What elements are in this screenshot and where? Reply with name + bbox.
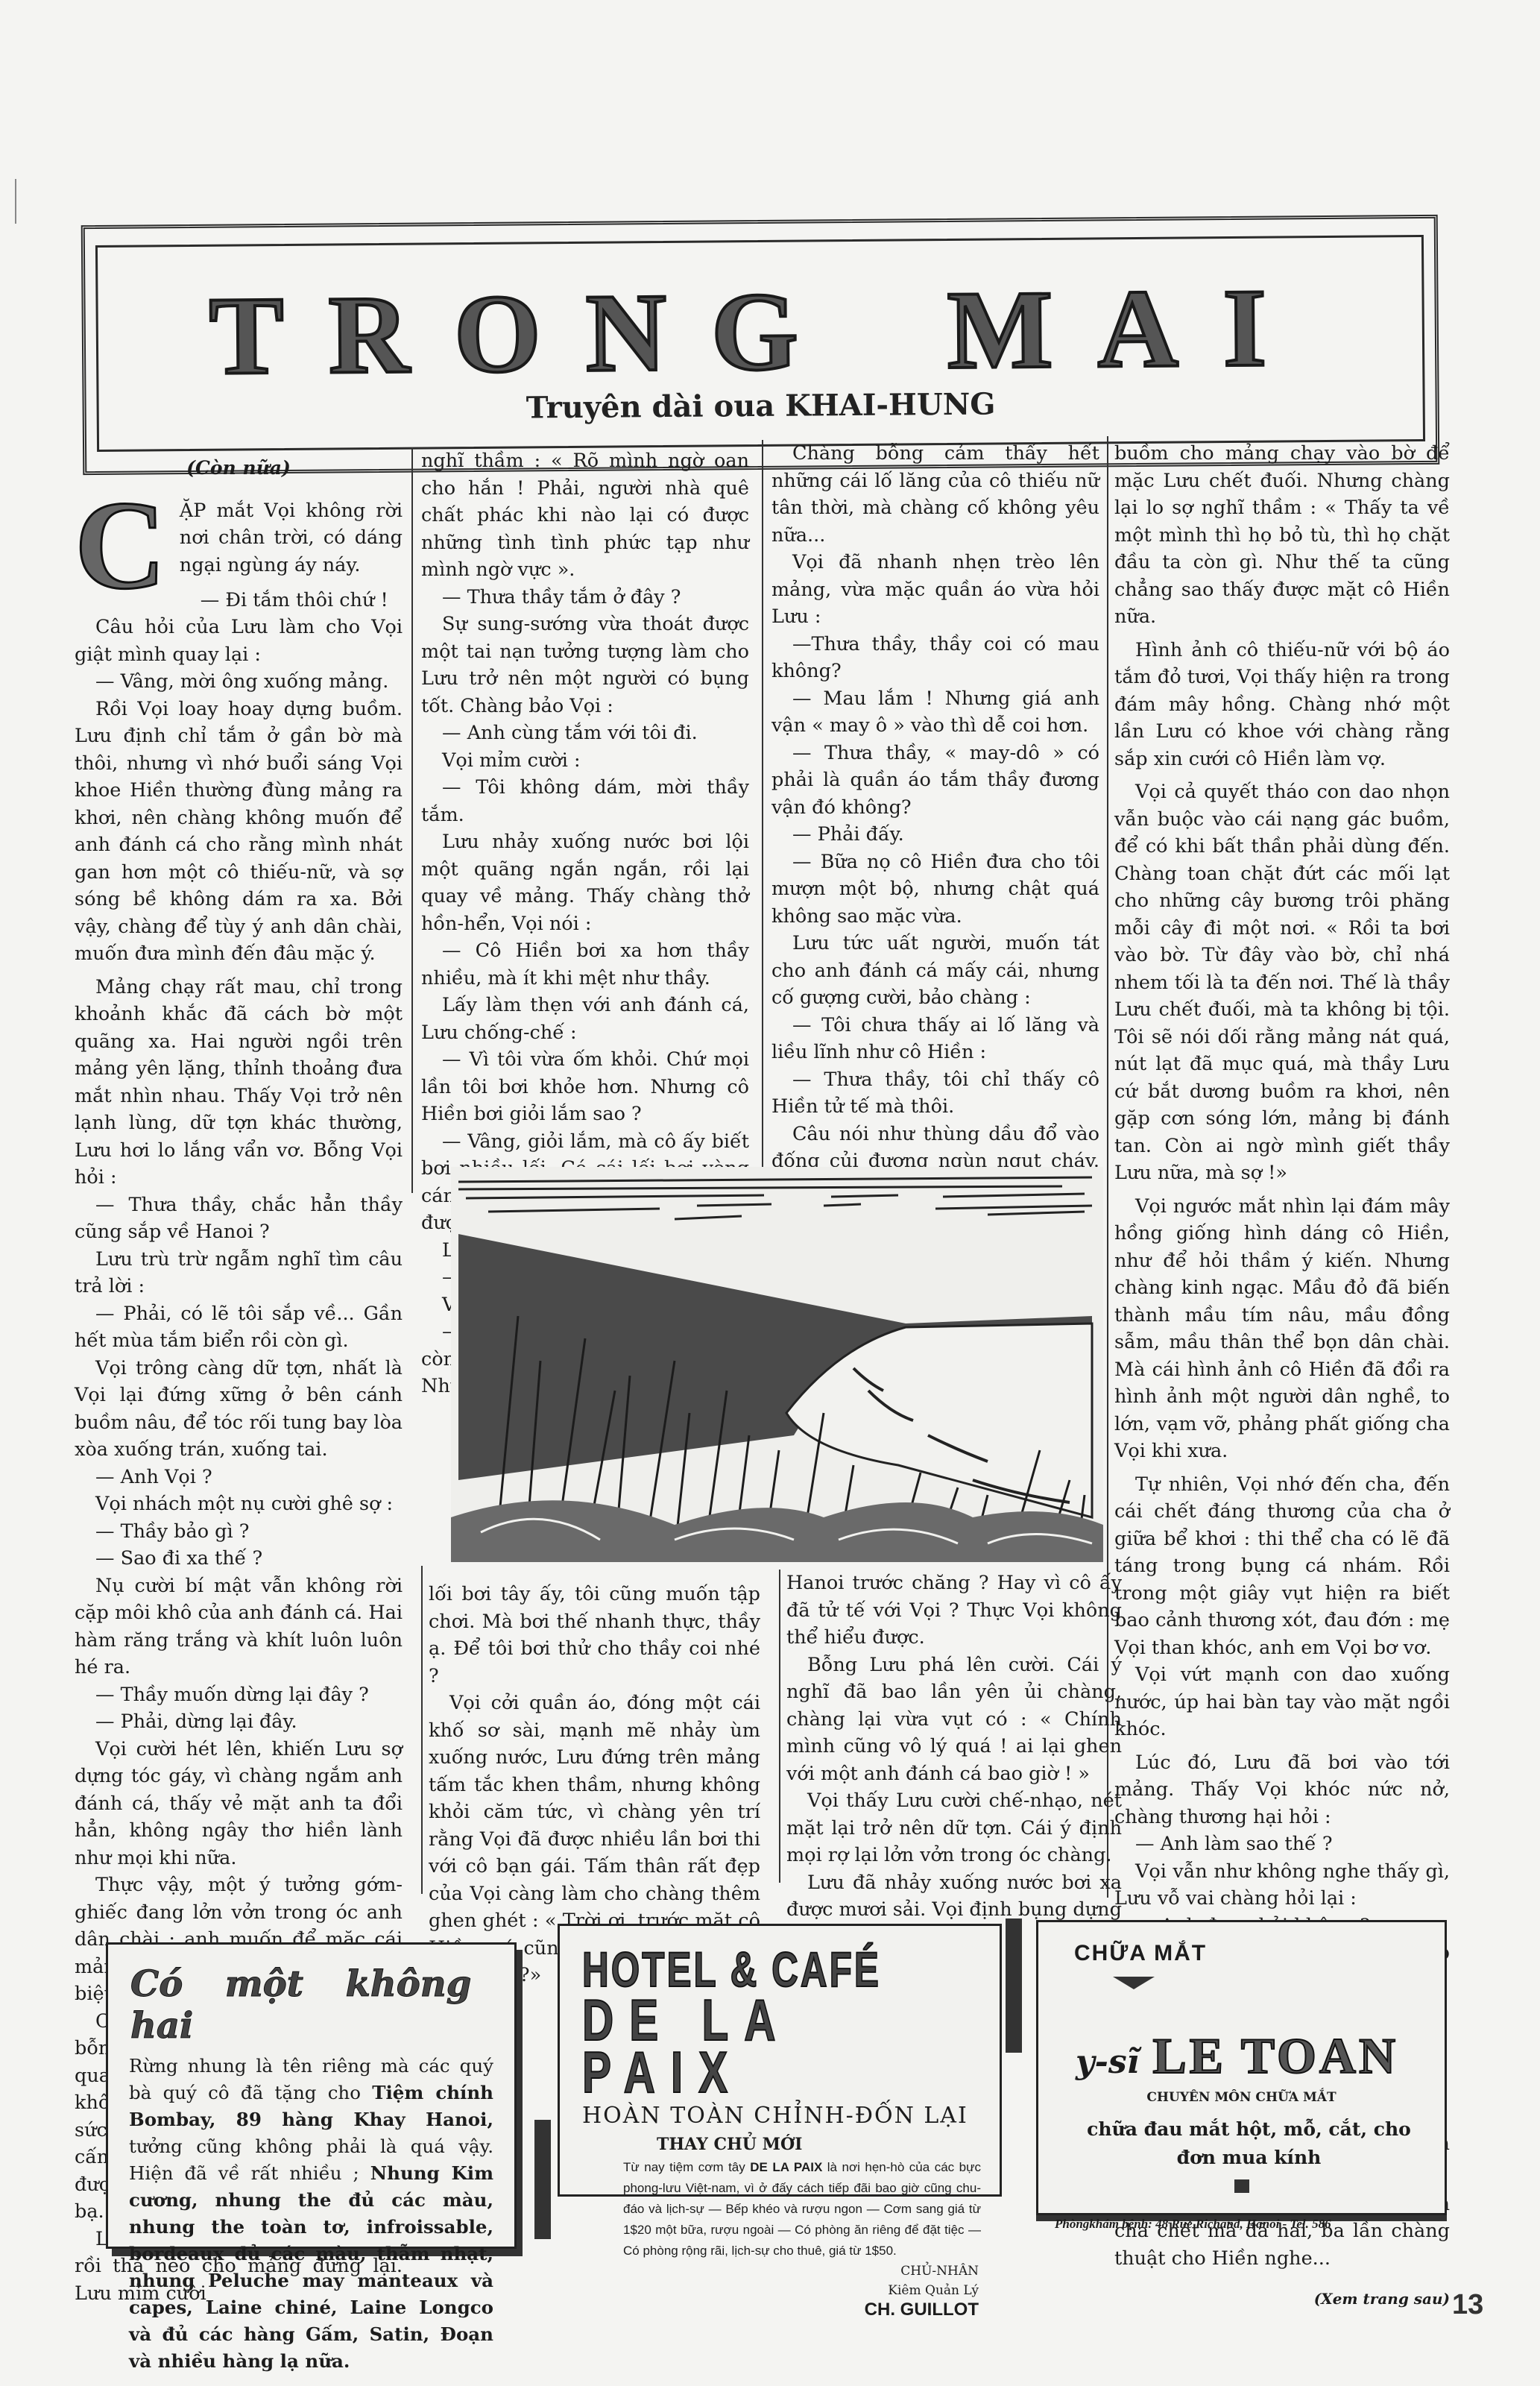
paragraph: Lưu nhảy xuống nước bơi lội một quãng ng… <box>421 828 749 937</box>
paragraph: — Anh làm sao thế ? <box>1114 1831 1450 1858</box>
paragraph: Hanoi trước chăng ? Hay vì cô ấy đã tử t… <box>786 1570 1122 1652</box>
paragraph: Vọi thấy Lưu cười chế-nhạo, nét mặt lại … <box>786 1787 1122 1869</box>
paragraph: Vọi vẫn như không nghe thấy gì, Lưu vỗ v… <box>1114 1858 1450 1913</box>
paragraph: Vọi đã nhanh nhẹn trèo lên mảng, vừa mặc… <box>771 549 1099 631</box>
paragraph: Lấy làm thẹn với anh đánh cá, Lưu chống-… <box>421 992 749 1046</box>
paragraph: Vọi ngước mắt nhìn lại đám mây hồng giốn… <box>1114 1193 1450 1465</box>
ad-bombay-fabrics: Có một không hai Rừng nhung là tên riêng… <box>106 1942 517 2249</box>
paragraph: Vọi nhách một nụ cười ghê sợ : <box>75 1491 403 1518</box>
ad-text: Từ nay tiệm cơm tây <box>623 2160 750 2174</box>
paragraph: — Bữa nọ cô Hiền đưa cho tôi mượn một bộ… <box>771 849 1099 931</box>
paragraph: — Thưa thầy, « may-dô » có phải là quần … <box>771 740 1099 822</box>
column-divider <box>421 1566 423 1894</box>
ad-hotel-cafe-de-la-paix: HOTEL & CAFÉ DE LA PAIX HOÀN TOÀN CHỈNH-… <box>558 1924 1002 2197</box>
paragraph: — Cô Hiền bơi xa hơn thầy nhiều, mà ít k… <box>421 937 749 992</box>
paragraph: — Anh Vọi ? <box>75 1464 403 1491</box>
paragraph: — Tôi chưa thấy ai lố lăng và liều lĩnh … <box>771 1012 1099 1066</box>
paragraph: — Thầy muốn dừng lại đây ? <box>75 1681 403 1709</box>
paragraph: Rồi Vọi loay hoay dựng buồm. Lưu định ch… <box>75 696 403 968</box>
ad-signature: CHỦ-NHÂN Kiêm Quản Lý CH. GUILLOT <box>560 2261 979 2320</box>
ad-heading: CHỮA MẮT <box>1074 1941 1445 1966</box>
paragraph: Hình ảnh cô thiếu-nữ với bộ áo tắm đỏ tư… <box>1114 637 1450 773</box>
paragraph: — Phải đấy. <box>771 821 1099 849</box>
paragraph: Chàng bỗng cảm thấy hết những cái lố lăn… <box>771 440 1099 549</box>
ad-text-bold: Nhung Kim cương, nhung the đủ các màu, n… <box>129 2162 493 2372</box>
title-word-1: TRONG <box>209 269 843 398</box>
woodcut-illustration <box>451 1167 1103 1562</box>
paragraph: Vọi vứt mạnh con dao xuống nước, úp hai … <box>1114 1661 1450 1743</box>
paragraph: nghĩ thầm : « Rõ mình ngờ oan cho hắn ! … <box>421 447 749 584</box>
margin-mark <box>15 179 16 224</box>
paragraph: — Thầy bảo gì ? <box>75 1518 403 1546</box>
paragraph: lối bơi tây ấy, tôi cũng muốn tập chơi. … <box>429 1581 760 1690</box>
paragraph: Lưu trù trừ ngẫm nghĩ tìm câu trả lời : <box>75 1246 403 1300</box>
column-divider <box>779 1570 780 1883</box>
doctor-services: chữa đau mắt hột, mỗ, cắt, cho đơn mua k… <box>1068 2115 1430 2172</box>
paragraph: Vọi mỉm cười : <box>421 747 749 775</box>
paragraph: — Phải, dừng lại đây. <box>75 1708 403 1736</box>
ad-headline: DE LA PAIX <box>582 1994 895 2098</box>
title-word-2: MAI <box>947 265 1312 392</box>
signature-name: CH. GUILLOT <box>560 2300 979 2320</box>
page-number: 13 <box>1452 2289 1483 2321</box>
paragraph: Lúc đó, Lưu đã bơi vào tới mảng. Thấy Vọ… <box>1114 1749 1450 1831</box>
paragraph: buồm cho mảng chạy vào bờ để mặc Lưu chế… <box>1114 440 1450 631</box>
article-column-3-continued: Hanoi trước chăng ? Hay vì cô ấy đã tử t… <box>786 1570 1122 1924</box>
serial-title: TRONGMAI <box>98 271 1422 393</box>
paragraph: — Anh cùng tắm với tôi đi. <box>421 720 749 747</box>
column-divider <box>411 447 413 1193</box>
paragraph: —Thưa thầy, thầy coi có mau không? <box>771 631 1099 685</box>
decor-bar <box>534 2120 551 2239</box>
signature-role: CHỦ-NHÂN <box>560 2261 979 2281</box>
paragraph: — Sao đi xa thế ? <box>75 1545 403 1573</box>
column-divider <box>762 440 763 1186</box>
title-banner: TRONGMAI Truyên dài oua KHAI-HUNG <box>81 215 1440 475</box>
ad-eye-doctor: CHỮA MẮT y-sĩLE TOAN CHUYÊN MÔN CHỮA MẮT… <box>1036 1920 1447 2215</box>
paragraph: Vọi cười hét lên, khiến Lưu sợ dựng tóc … <box>75 1736 403 1872</box>
paragraph: — Mau lắm ! Nhưng giá anh vận « may ô » … <box>771 685 1099 740</box>
ad-body: Từ nay tiệm cơm tây DE LA PAIX là nơi hẹ… <box>623 2157 981 2261</box>
triangle-down-icon <box>1113 1977 1155 1989</box>
ad-subheadline: THAY CHỦ MỚI <box>657 2135 1000 2154</box>
title-banner-inner: TRONGMAI Truyên dài oua KHAI-HUNG <box>95 235 1425 452</box>
paragraph: Sự sung-sướng vừa thoát được một tai nạn… <box>421 611 749 720</box>
doctor-prefix: y-sĩ <box>1076 2043 1139 2081</box>
paragraph: — Phải, có lẽ tôi sắp về... Gần hết mùa … <box>75 1300 403 1355</box>
clinic-address: Phòngkhám bệnh: 48 Rue Richand, Hanoi - … <box>1055 2217 1445 2232</box>
paragraph: — Thưa thầy tắm ở đây ? <box>421 584 749 611</box>
ad-body: Rừng nhung là tên riêng mà các quý bà qu… <box>129 2053 493 2375</box>
paragraph: Mảng chạy rất mau, chỉ trong khoảnh khắc… <box>75 974 403 1192</box>
lead-paragraph: C ẶP mắt Vọi không rời nơi chân trời, có… <box>75 497 403 587</box>
paragraph: — Tôi không dám, mời thầy tắm. <box>421 774 749 828</box>
ad-text-bold: DE LA PAIX <box>750 2160 822 2174</box>
doctor-name-text: LE TOAN <box>1152 2027 1398 2084</box>
paragraph: Lưu đã nhảy xuống nước bơi xa được mươi … <box>786 1869 1122 1924</box>
paragraph: — Thưa thầy, tôi chỉ thấy cô Hiền tử tế … <box>771 1066 1099 1121</box>
paragraph: Bỗng Lưu phá lên cười. Cái ý nghĩ đã bao… <box>786 1652 1122 1788</box>
continued-next-page: (Xem trang sau) <box>1114 2285 1450 2313</box>
paragraph: — Thưa thầy, chắc hẳn thầy cũng sắp về H… <box>75 1192 403 1246</box>
decor-bar <box>1006 1918 1022 2053</box>
paragraph: Tự nhiên, Vọi nhớ đến cha, đến cái chết … <box>1114 1471 1450 1662</box>
paragraph: Vọi cả quyết tháo con dao nhọn vẫn buộc … <box>1114 778 1450 1187</box>
paragraph: Câu hỏi của Lưu làm cho Vọi giật mình qu… <box>75 614 403 668</box>
drop-cap: C <box>75 500 166 594</box>
ad-text: là nơi hẹn-hò của các bực phong-lưu Việt… <box>623 2160 981 2258</box>
doctor-specialty: CHUYÊN MÔN CHỮA MẮT <box>1038 2090 1445 2105</box>
signature-title: Kiêm Quản Lý <box>560 2281 979 2300</box>
ornament-icon <box>1234 2179 1249 2193</box>
paragraph: — Vâng, mời ông xuống mảng. <box>75 668 403 696</box>
paragraph: Vọi trông càng dữ tợn, nhất là Vọi lại đ… <box>75 1355 403 1464</box>
paragraph: Nụ cười bí mật vẫn không rời cặp môi khô… <box>75 1573 403 1681</box>
ad-subheadline: HOÀN TOÀN CHỈNH-ĐỐN LẠI <box>582 2103 1000 2129</box>
paragraph: Lưu tức uất người, muốn tát cho anh đánh… <box>771 930 1099 1012</box>
paragraph: — Vì tôi vừa ốm khỏi. Chứ mọi lần tôi bơ… <box>421 1046 749 1128</box>
coastline-reeds-icon <box>451 1167 1103 1562</box>
doctor-name: y-sĩLE TOAN <box>1076 2027 1445 2086</box>
ad-title: Có một không hai <box>130 1963 492 2047</box>
newspaper-page: TRONGMAI Truyên dài oua KHAI-HUNG (Còn n… <box>0 0 1540 2386</box>
